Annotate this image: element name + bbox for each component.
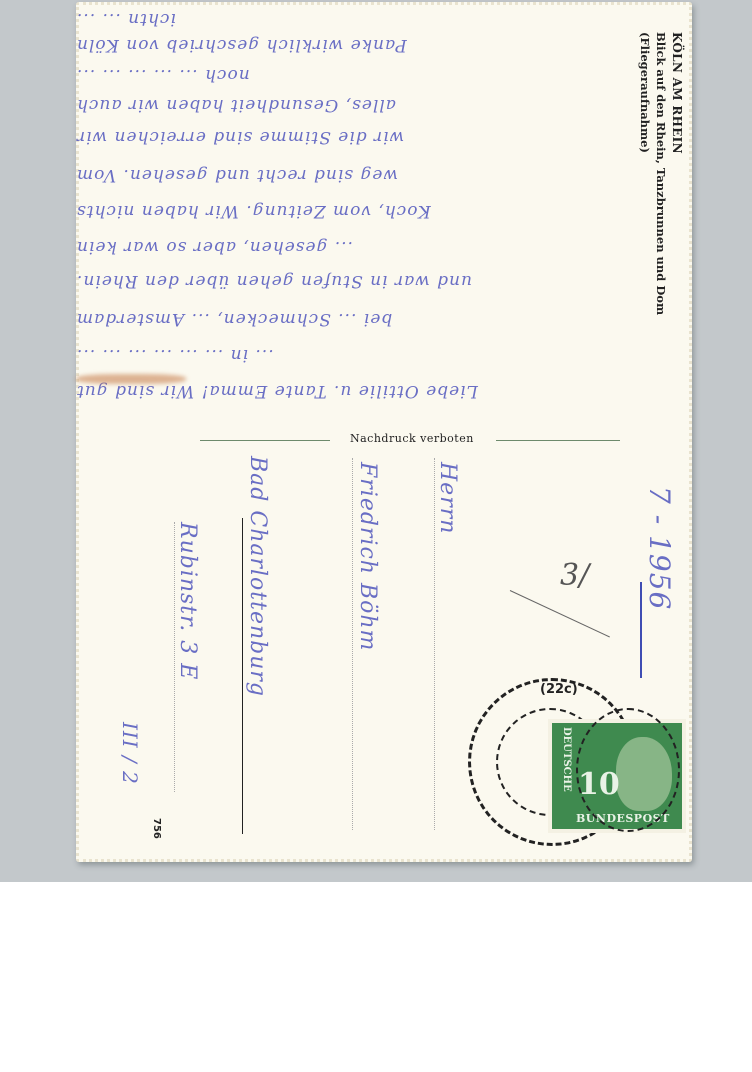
message-line: Koch, vom Zeitung. Wir haben nichts bbox=[76, 198, 636, 224]
message-line: wir die Stimme sind erreichen wir bbox=[76, 124, 596, 150]
divider-row: Nachdruck verboten bbox=[200, 430, 620, 450]
postmark-over-stamp bbox=[576, 708, 680, 832]
date-underline bbox=[640, 582, 642, 678]
date-note: 7 - 1956 bbox=[643, 486, 676, 610]
divider-rule-right bbox=[496, 440, 620, 441]
message-line: ... gesehen, aber so war kein bbox=[76, 234, 636, 260]
address-street: Bad Charlottenburg bbox=[245, 456, 270, 697]
message-line: Panke wirklich geschrieb von Köln bbox=[76, 32, 596, 58]
message-line: noch ... ... ... ... ... bbox=[76, 62, 596, 88]
message-line: ichtn ... ... bbox=[76, 6, 596, 32]
address-house: Rubinstr. 3 E bbox=[175, 522, 200, 680]
divider-rule-left bbox=[200, 440, 330, 441]
underline-rule bbox=[242, 518, 243, 834]
address-note: III / 2 bbox=[118, 722, 142, 785]
postcard-back: KÖLN AM RHEIN Blick auf den Rhein, Tanzb… bbox=[76, 2, 692, 862]
message-line: alles, Gesundheit haben wir auch bbox=[76, 92, 596, 118]
message-line: ... in ... ... ... ... ... ... bbox=[76, 342, 676, 368]
notice-text: Nachdruck verboten bbox=[350, 432, 474, 445]
printed-subtitle: Blick auf den Rhein, Tanzbrunnen und Dom bbox=[654, 32, 668, 315]
address-name: Friedrich Böhm bbox=[355, 462, 380, 651]
card-number: 756 bbox=[151, 818, 162, 839]
message-line: bei ... Schmecken, ... Amsterdam bbox=[76, 306, 676, 332]
message-line: weg sind recht und gesehen. Vom bbox=[76, 162, 636, 188]
stamp-country: DEUTSCHE bbox=[561, 727, 572, 792]
pencil-mark: 3/ bbox=[560, 558, 589, 593]
address-salutation: Herrn bbox=[435, 462, 460, 534]
printed-caption: (Fliegeraufnahme) bbox=[638, 32, 652, 153]
address-line bbox=[352, 458, 353, 830]
rust-stain bbox=[76, 374, 186, 384]
postmark-code: (22c) bbox=[540, 682, 578, 697]
printed-title: KÖLN AM RHEIN bbox=[670, 32, 684, 154]
message-line: und war in Stufen gehen über den Rhein. bbox=[76, 268, 656, 294]
pencil-stroke bbox=[510, 590, 610, 637]
